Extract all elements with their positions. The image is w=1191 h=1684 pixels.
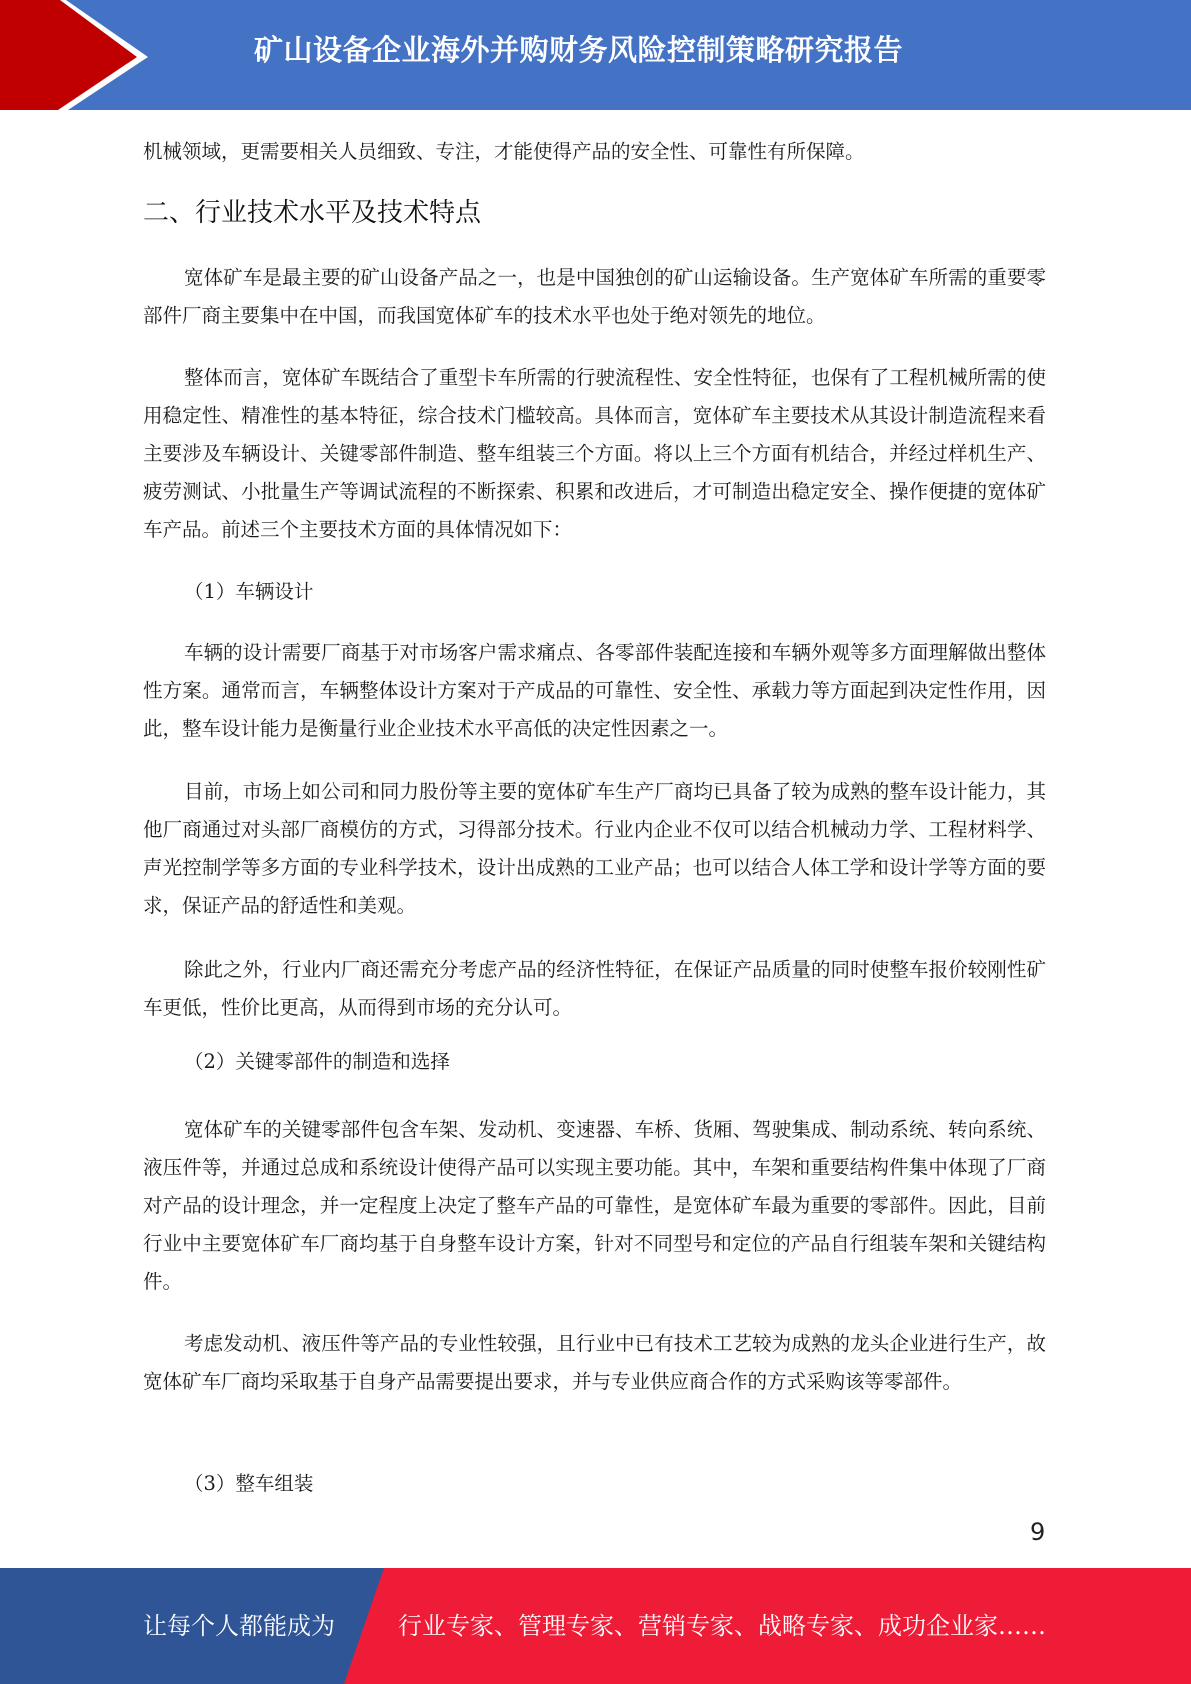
footer-slogan-right: 行业专家、管理专家、营销专家、战略专家、成功企业家…… (398, 1606, 1046, 1641)
paragraph-1: 宽体矿车是最主要的矿山设备产品之一，也是中国独创的矿山运输设备。生产宽体矿车所需… (143, 259, 1046, 335)
subheading-key-components: （2）关键零部件的制造和选择 (184, 1043, 450, 1081)
section-heading: 二、行业技术水平及技术特点 (143, 192, 481, 229)
header-banner: 矿山设备企业海外并购财务风险控制策略研究报告 (0, 0, 1191, 110)
paragraph-3: 车辆的设计需要厂商基于对市场客户需求痛点、各零部件装配连接和车辆外观等多方面理解… (143, 634, 1046, 748)
paragraph-6: 宽体矿车的关键零部件包含车架、发动机、变速器、车桥、货厢、驾驶集成、制动系统、转… (143, 1111, 1046, 1301)
arrow-chevron-icon (0, 0, 200, 110)
paragraph-5: 除此之外，行业内厂商还需充分考虑产品的经济性特征，在保证产品质量的同时使整车报价… (143, 951, 1046, 1027)
paragraph-2: 整体而言，宽体矿车既结合了重型卡车所需的行驶流程性、安全性特征，也保有了工程机械… (143, 359, 1046, 549)
page-number: 9 (1030, 1518, 1045, 1546)
document-title: 矿山设备企业海外并购财务风险控制策略研究报告 (254, 28, 903, 69)
paragraph-4: 目前，市场上如公司和同力股份等主要的宽体矿车生产厂商均已具备了较为成熟的整车设计… (143, 773, 1046, 925)
subheading-vehicle-design: （1）车辆设计 (184, 573, 313, 611)
paragraph-7: 考虑发动机、液压件等产品的专业性较强，且行业中已有技术工艺较为成熟的龙头企业进行… (143, 1325, 1046, 1401)
footer-banner: 让每个人都能成为 行业专家、管理专家、营销专家、战略专家、成功企业家…… (0, 1568, 1191, 1684)
footer-slogan-left: 让每个人都能成为 (143, 1606, 335, 1641)
subheading-assembly: （3）整车组装 (184, 1465, 313, 1503)
intro-continuation: 机械领域，更需要相关人员细致、专注，才能使得产品的安全性、可靠性有所保障。 (143, 133, 1046, 171)
